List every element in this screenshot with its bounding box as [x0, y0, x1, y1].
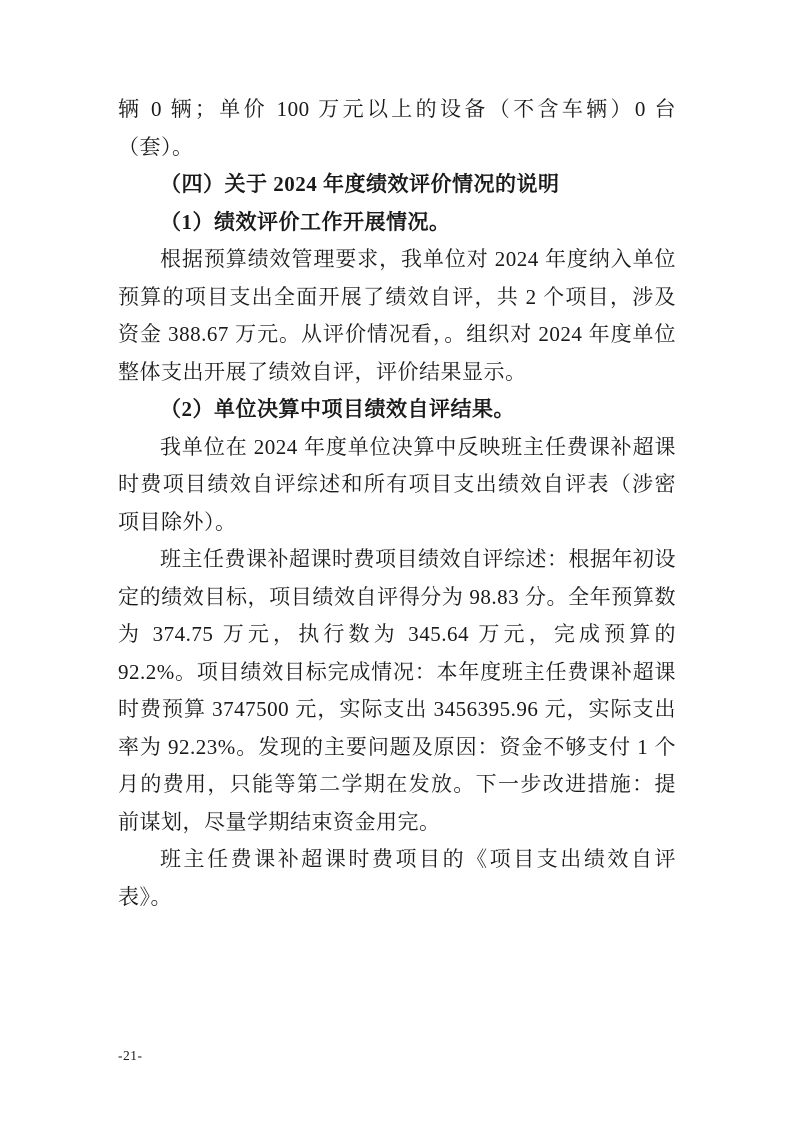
- page-number: -21-: [118, 1048, 143, 1063]
- section-heading-performance-evaluation: （四）关于 2024 年度绩效评价情况的说明: [118, 166, 676, 204]
- paragraph-self-evaluation-table-reference: 班主任费课补超课时费项目的《项目支出绩效自评表》。: [118, 841, 676, 916]
- subsection-heading-self-evaluation-results: （2）单位决算中项目绩效自评结果。: [118, 391, 676, 429]
- document-page: 辆 0 辆；单价 100 万元以上的设备（不含车辆）0 台（套）。 （四）关于 …: [0, 0, 793, 1122]
- paragraph-evaluation-overview: 根据预算绩效管理要求，我单位对 2024 年度纳入单位预算的项目支出全面开展了绩…: [118, 241, 676, 391]
- paragraph-continuation: 辆 0 辆；单价 100 万元以上的设备（不含车辆）0 台（套）。: [118, 91, 676, 166]
- page-footer: -21-: [118, 1047, 143, 1065]
- document-body: 辆 0 辆；单价 100 万元以上的设备（不含车辆）0 台（套）。 （四）关于 …: [118, 91, 676, 916]
- paragraph-self-evaluation-summary-scope: 我单位在 2024 年度单位决算中反映班主任费课补超课时费项目绩效自评综述和所有…: [118, 429, 676, 542]
- paragraph-project-self-evaluation-detail: 班主任费课补超课时费项目绩效自评综述：根据年初设定的绩效目标，项目绩效自评得分为…: [118, 541, 676, 841]
- subsection-heading-evaluation-work: （1）绩效评价工作开展情况。: [118, 204, 676, 242]
